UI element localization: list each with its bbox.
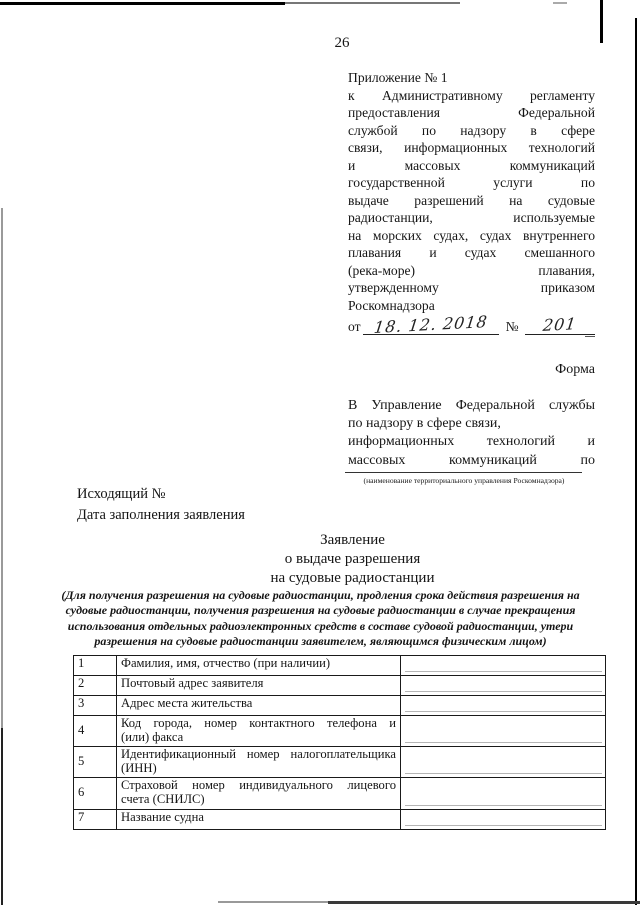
document-page: 26 Приложение № 1 к Административному ре… [0, 0, 640, 905]
appendix-line: плавания и судах смешанного [348, 244, 595, 262]
date-underline: 18. 12. 2018 [363, 315, 499, 335]
row-label-cell: Фамилия, имя, отчество (при наличии) [117, 656, 401, 676]
subtitle-line: использования отдельных радиоэлектронных… [53, 619, 588, 634]
scan-artifact-right-top-segment [600, 0, 603, 43]
scan-artifact-tail-dash [585, 336, 595, 337]
addressee-line: информационных технологий и [348, 433, 595, 451]
addressee-line: В Управление Федеральной службы [348, 397, 595, 415]
appendix-line: на морских судах, судах внутреннего [348, 227, 595, 245]
table-row: 4 Код города, номер контактного телефона… [74, 716, 606, 747]
row-label-cell: Страховой номер индивидуального лицевого… [117, 778, 401, 809]
appendix-line: утвержденному приказом [348, 279, 595, 297]
date-label: от [348, 318, 361, 336]
title-line: Заявление [85, 531, 620, 550]
addressee-line: массовых коммуникаций по [348, 452, 595, 470]
row-number-cell: 1 [74, 656, 117, 676]
row-number-cell: 7 [74, 809, 117, 829]
row-value-cell [401, 716, 606, 747]
row-value-cell [401, 656, 606, 676]
row-label-line: счета (СНИЛС) [121, 793, 396, 807]
row-label-cell: Название судна [117, 809, 401, 829]
row-label-cell: Адрес места жительства [117, 696, 401, 716]
title-line: о выдаче разрешения [85, 550, 620, 569]
appendix-line: к Административному регламенту [348, 87, 595, 105]
appendix-line: и массовых коммуникаций [348, 157, 595, 175]
row-label-line: (или) факса [121, 731, 396, 745]
row-label-cell: Почтовый адрес заявителя [117, 676, 401, 696]
handwritten-date: 18. 12. 2018 [373, 313, 489, 337]
order-date-line: от 18. 12. 2018 № 201 [348, 315, 595, 335]
row-number-cell: 2 [74, 676, 117, 696]
scan-artifact-top-line-dark [0, 2, 285, 5]
appendix-line: Роскомнадзора [348, 297, 595, 315]
addressee-underline [345, 472, 582, 473]
row-value-cell [401, 696, 606, 716]
row-label-line: (ИНН) [121, 762, 396, 776]
row-label-line: Адрес места жительства [121, 697, 396, 711]
row-label-line: Код города, номер контактного телефона и [121, 717, 396, 731]
table-row: 2 Почтовый адрес заявителя [74, 676, 606, 696]
row-label-cell: Идентификационный номер налогоплательщик… [117, 747, 401, 778]
addressee-block: В Управление Федеральной службы по надзо… [348, 397, 595, 470]
row-number-cell: 3 [74, 696, 117, 716]
handwritten-number: 201 [542, 315, 578, 334]
appendix-line: Приложение № 1 [348, 69, 595, 87]
forma-label: Форма [348, 362, 595, 378]
applicant-table: 1 Фамилия, имя, отчество (при наличии) 2… [73, 655, 606, 830]
appendix-line: выдаче разрешений на судовые [348, 192, 595, 210]
table-row: 3 Адрес места жительства [74, 696, 606, 716]
row-number-cell: 6 [74, 778, 117, 809]
table-row: 1 Фамилия, имя, отчество (при наличии) [74, 656, 606, 676]
title-line: на судовые радиостанции [85, 569, 620, 588]
fill-date-label: Дата заполнения заявления [77, 507, 245, 524]
number-underline: 201 [525, 315, 595, 335]
page-number: 26 [322, 35, 362, 52]
row-number-cell: 4 [74, 716, 117, 747]
row-value-cell [401, 809, 606, 829]
scan-artifact-bottom-line-dark [328, 901, 640, 904]
appendix-block: Приложение № 1 к Административному регла… [348, 69, 595, 335]
scan-artifact-left-line-dark [1, 728, 3, 905]
addressee-caption: (наименование территориального управлени… [343, 476, 585, 485]
appendix-line: государственной услуги по [348, 174, 595, 192]
row-label-line: Фамилия, имя, отчество (при наличии) [121, 657, 396, 671]
scan-artifact-right-line [635, 18, 637, 905]
application-subtitle: (Для получения разрешения на судовые рад… [53, 588, 588, 650]
row-label-line: Название судна [121, 811, 396, 825]
appendix-line: предоставления Федеральной [348, 104, 595, 122]
scan-artifact-left-line-gray [1, 208, 3, 728]
subtitle-line: (Для получения разрешения на судовые рад… [53, 588, 588, 603]
table-row: 6 Страховой номер индивидуального лицево… [74, 778, 606, 809]
row-number-cell: 5 [74, 747, 117, 778]
appendix-line: связи, информационных технологий [348, 139, 595, 157]
row-label-line: Страховой номер индивидуального лицевого [121, 779, 396, 793]
row-label-line: Идентификационный номер налогоплательщик… [121, 748, 396, 762]
row-label-cell: Код города, номер контактного телефона и… [117, 716, 401, 747]
row-value-cell [401, 747, 606, 778]
subtitle-line: разрешения на судовые радиостанции заяви… [53, 634, 588, 649]
appendix-line: радиостанции, используемые [348, 209, 595, 227]
row-value-cell [401, 676, 606, 696]
number-sign-label: № [506, 318, 519, 336]
scan-artifact-bottom-line-gray [218, 901, 328, 903]
addressee-line: по надзору в сфере связи, [348, 415, 595, 433]
appendix-line: (река-море) плавания, [348, 262, 595, 280]
appendix-line: службой по надзору в сфере [348, 122, 595, 140]
application-title: Заявление о выдаче разрешения на судовые… [85, 531, 620, 588]
subtitle-line: судовые радиостанции, получения разрешен… [53, 603, 588, 618]
row-value-cell [401, 778, 606, 809]
table-row: 7 Название судна [74, 809, 606, 829]
scan-artifact-top-line-gray [285, 2, 460, 4]
scan-artifact-top-dash [553, 2, 567, 4]
table-row: 5 Идентификационный номер налогоплательщ… [74, 747, 606, 778]
row-label-line: Почтовый адрес заявителя [121, 677, 396, 691]
outgoing-number-label: Исходящий № [77, 486, 165, 503]
